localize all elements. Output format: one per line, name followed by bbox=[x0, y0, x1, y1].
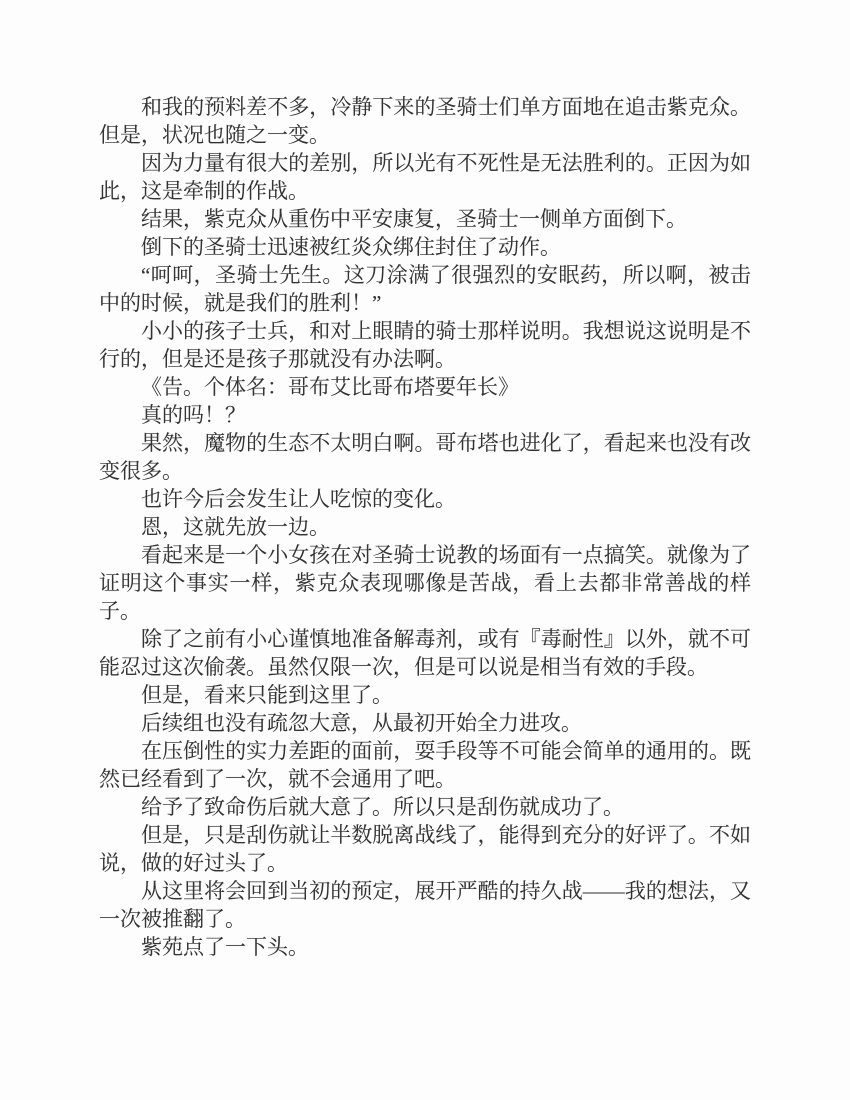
paragraph: 但是，看来只能到这里了。 bbox=[99, 681, 751, 709]
paragraph: 果然，魔物的生态不太明白啊。哥布塔也进化了，看起来也没有改变很多。 bbox=[99, 429, 751, 485]
paragraph: 倒下的圣骑士迅速被红炎众绑住封住了动作。 bbox=[99, 233, 751, 261]
paragraph: 除了之前有小心谨慎地准备解毒剂，或有『毒耐性』以外，就不可能忍过这次偷袭。虽然仅… bbox=[99, 625, 751, 681]
paragraph: 看起来是一个小女孩在对圣骑士说教的场面有一点搞笑。就像为了证明这个事实一样，紫克… bbox=[99, 541, 751, 625]
paragraph: 真的吗！？ bbox=[99, 401, 751, 429]
paragraph: 后续组也没有疏忽大意，从最初开始全力进攻。 bbox=[99, 709, 751, 737]
paragraph: 和我的预料差不多，冷静下来的圣骑士们单方面地在追击紫克众。但是，状况也随之一变。 bbox=[99, 93, 751, 149]
paragraph: 从这里将会回到当初的预定，展开严酷的持久战——我的想法，又一次被推翻了。 bbox=[99, 877, 751, 933]
paragraph: 《告。个体名：哥布艾比哥布塔要年长》 bbox=[99, 373, 751, 401]
document-page: 和我的预料差不多，冷静下来的圣骑士们单方面地在追击紫克众。但是，状况也随之一变。… bbox=[0, 0, 850, 1100]
paragraph: 因为力量有很大的差别，所以光有不死性是无法胜利的。正因为如此，这是牵制的作战。 bbox=[99, 149, 751, 205]
paragraph: “呵呵，圣骑士先生。这刀涂满了很强烈的安眠药，所以啊，被击中的时候，就是我们的胜… bbox=[99, 261, 751, 317]
paragraph: 紫苑点了一下头。 bbox=[99, 933, 751, 961]
paragraph: 结果，紫克众从重伤中平安康复，圣骑士一侧单方面倒下。 bbox=[99, 205, 751, 233]
paragraph: 小小的孩子士兵，和对上眼睛的骑士那样说明。我想说这说明是不行的，但是还是孩子那就… bbox=[99, 317, 751, 373]
paragraph: 给予了致命伤后就大意了。所以只是刮伤就成功了。 bbox=[99, 793, 751, 821]
paragraph: 在压倒性的实力差距的面前，耍手段等不可能会简单的通用的。既然已经看到了一次，就不… bbox=[99, 737, 751, 793]
paragraph: 恩，这就先放一边。 bbox=[99, 513, 751, 541]
paragraph: 但是，只是刮伤就让半数脱离战线了，能得到充分的好评了。不如说，做的好过头了。 bbox=[99, 821, 751, 877]
paragraph: 也许今后会发生让人吃惊的变化。 bbox=[99, 485, 751, 513]
novel-text-block: 和我的预料差不多，冷静下来的圣骑士们单方面地在追击紫克众。但是，状况也随之一变。… bbox=[99, 93, 751, 961]
